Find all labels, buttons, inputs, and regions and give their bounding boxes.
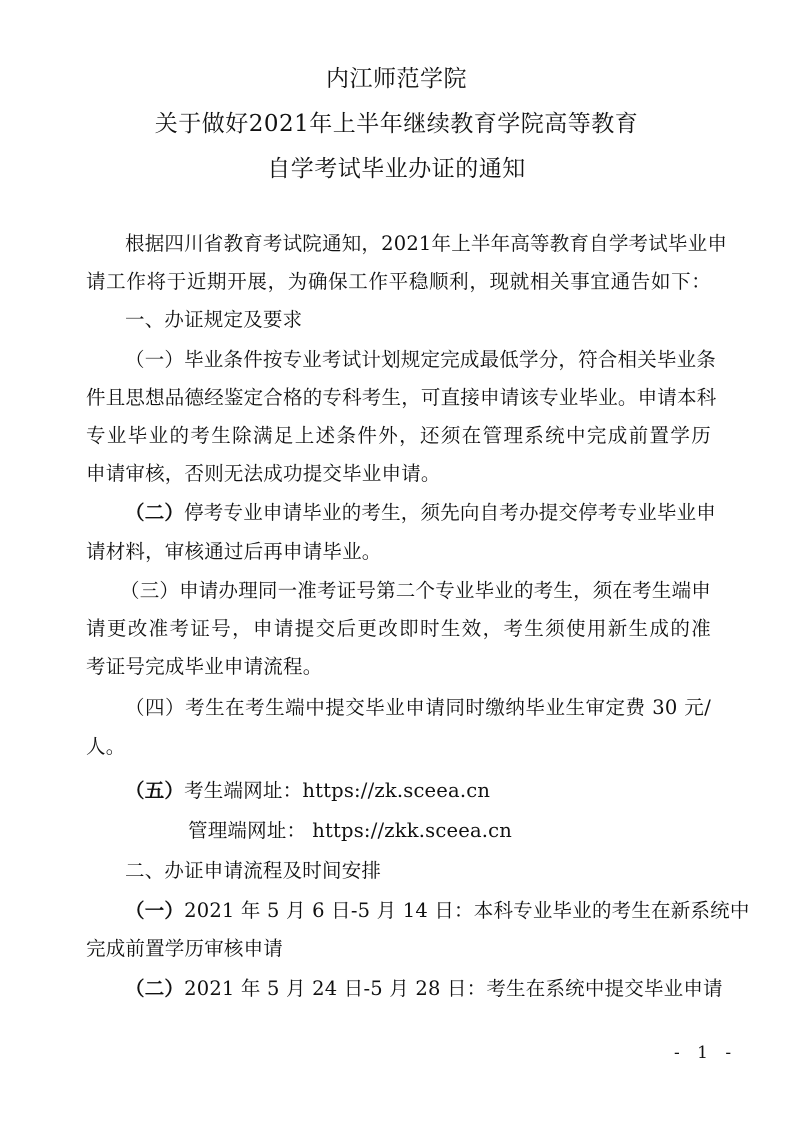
requirement-3-line: 请更改准考证号，申请提交后更改即时生效，考生须使用新生成的准: [86, 613, 711, 641]
student-portal-label: 考生端网址：: [184, 779, 302, 802]
step-1-text: 2021 年 5 月 6 日-5 月 14 日：本科专业毕业的考生在新系统中: [184, 899, 749, 922]
admin-portal-url[interactable]: https://zkk.sceea.cn: [312, 819, 512, 842]
requirement-4-line: 人。: [86, 731, 711, 759]
admin-portal-line: 管理端网址：https://zkk.sceea.cn: [188, 815, 793, 843]
requirement-2-line: （二）停考专业申请毕业的考生，须先向自考办提交停考专业毕业申: [125, 497, 711, 525]
section-heading-process: 二、办证申请流程及时间安排: [125, 855, 711, 883]
admin-portal-label: 管理端网址：: [188, 819, 306, 842]
requirement-5-label: （五）: [125, 779, 184, 802]
step-1-label: （一）: [125, 899, 184, 922]
title-institution: 内江师范学院: [0, 60, 793, 93]
requirement-2-line: 请材料，审核通过后再申请毕业。: [86, 536, 711, 564]
requirement-4-line: （四）考生在考生端中提交毕业申请同时缴纳毕业生审定费 30 元/: [125, 692, 711, 720]
requirement-3-line: 考证号完成毕业申请流程。: [86, 651, 711, 679]
requirement-1-line: （一）毕业条件按专业考试计划规定完成最低学分，符合相关毕业条: [125, 344, 711, 372]
step-2-text: 2021 年 5 月 24 日-5 月 28 日：考生在系统中提交毕业申请: [184, 977, 723, 1000]
step-1-line: 完成前置学历审核申请: [86, 933, 711, 961]
requirement-3-line: （三）申请办理同一准考证号第二个专业毕业的考生，须在考生端申: [120, 575, 711, 603]
requirement-2-text: 停考专业申请毕业的考生，须先向自考办提交停考专业毕业申: [184, 501, 716, 524]
title-subject: 关于做好2021年上半年继续教育学院高等教育: [0, 105, 793, 138]
title-notice: 自学考试毕业办证的通知: [0, 150, 793, 183]
student-portal-url[interactable]: https://zk.sceea.cn: [302, 779, 490, 802]
intro-paragraph-line: 根据四川省教育考试院通知，2021年上半年高等教育自学考试毕业申: [125, 228, 711, 256]
section-heading-requirements: 一、办证规定及要求: [125, 304, 711, 332]
page-number: - 1 -: [674, 1043, 737, 1063]
step-2-label: （二）: [125, 977, 184, 1000]
step-1-line: （一）2021 年 5 月 6 日-5 月 14 日：本科专业毕业的考生在新系统…: [125, 895, 711, 923]
requirement-1-line: 件且思想品德经鉴定合格的专科考生，可直接申请该专业毕业。申请本科: [86, 382, 711, 410]
requirement-1-line: 申请审核，否则无法成功提交毕业申请。: [86, 458, 711, 486]
intro-paragraph-line: 请工作将于近期开展，为确保工作平稳顺利，现就相关事宜通告如下：: [86, 266, 711, 294]
step-2-line: （二）2021 年 5 月 24 日-5 月 28 日：考生在系统中提交毕业申请: [125, 973, 711, 1001]
requirement-1-line: 专业毕业的考生除满足上述条件外，还须在管理系统中完成前置学历: [86, 420, 711, 448]
requirement-2-label: （二）: [125, 501, 184, 524]
requirement-5-line: （五）考生端网址：https://zk.sceea.cn: [125, 775, 711, 803]
